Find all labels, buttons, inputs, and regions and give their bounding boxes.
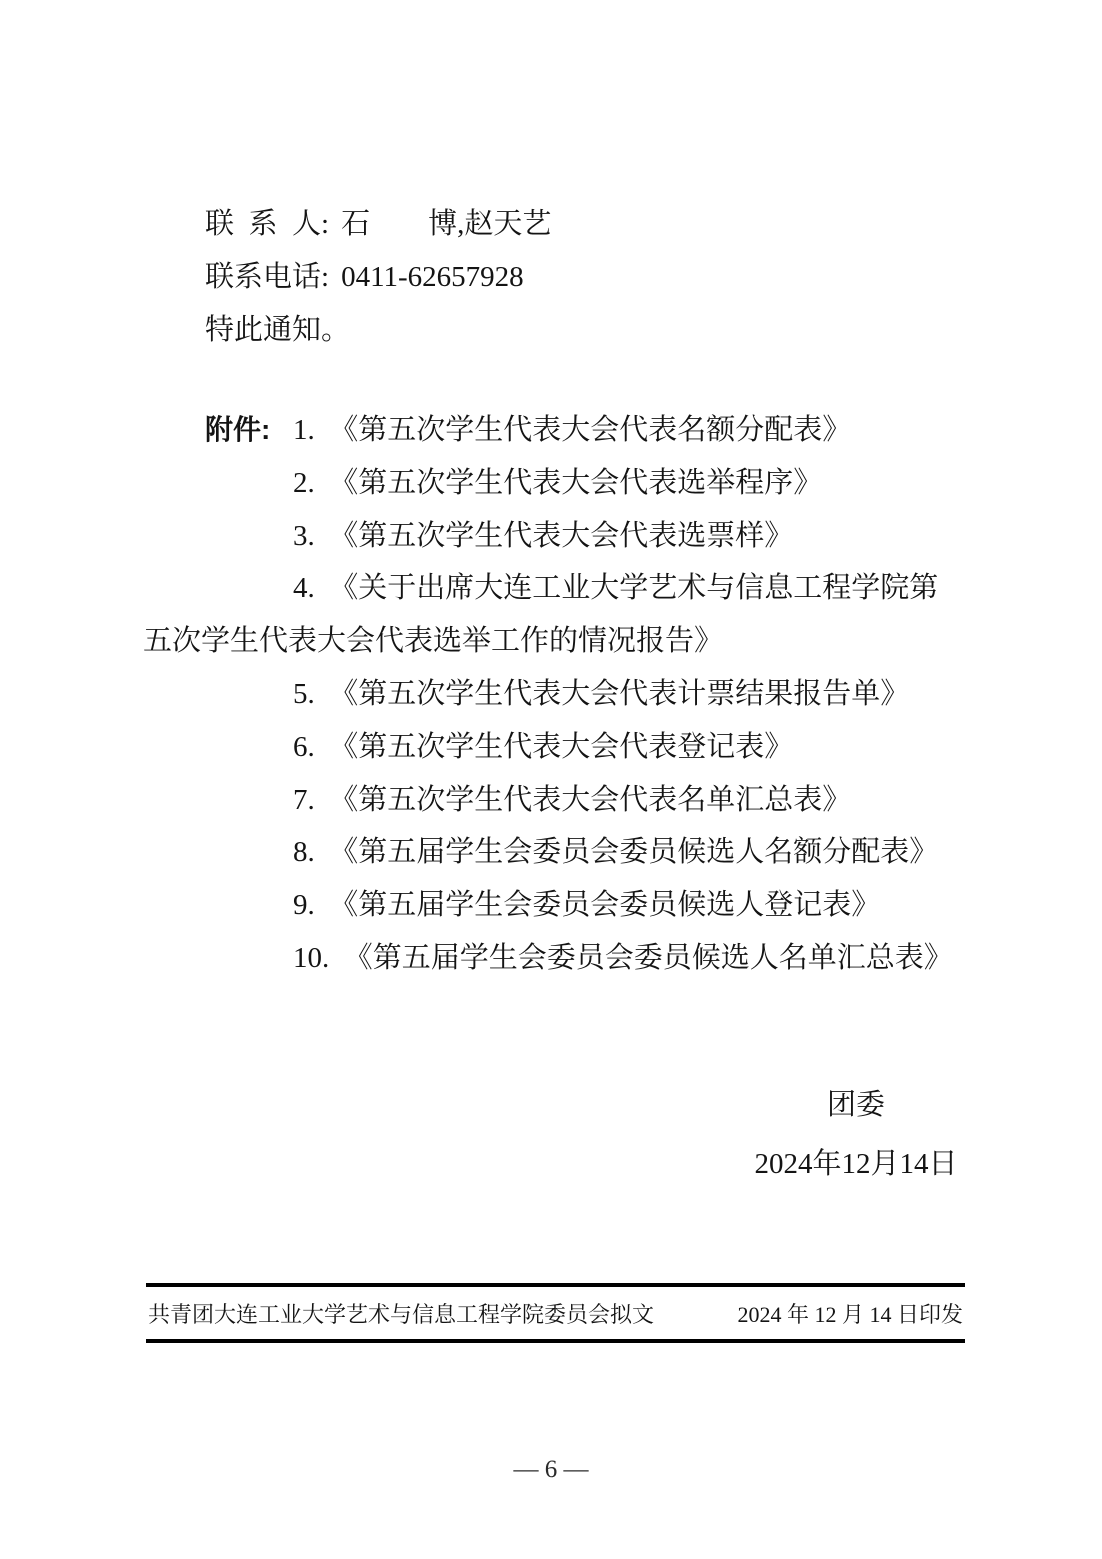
attachments-label: 附件: <box>205 404 293 457</box>
attachments-list: 附件:1. 《第五次学生代表大会代表名额分配表》 2. 《第五次学生代表大会代表… <box>143 404 983 985</box>
contact-block: 联 系 人:石 博,赵天艺 联系电话:0411-62657928 特此通知。 <box>205 198 551 357</box>
notice-closing: 特此通知。 <box>205 304 551 357</box>
signature-org: 团委 <box>696 1076 1016 1135</box>
footer-rule-bottom <box>146 1339 965 1343</box>
signature-block: 团委 2024年12月14日 <box>696 1076 1016 1194</box>
footer-block: 共青团大连工业大学艺术与信息工程学院委员会拟文 2024 年 12 月 14 日… <box>146 1283 965 1343</box>
attachment-item-text: 1. 《第五次学生代表大会代表名额分配表》 <box>293 414 851 446</box>
footer-drafting-org: 共青团大连工业大学艺术与信息工程学院委员会拟文 <box>148 1298 654 1329</box>
signature-date: 2024年12月14日 <box>696 1135 1016 1194</box>
attachment-item: 附件:1. 《第五次学生代表大会代表名额分配表》 <box>143 404 983 457</box>
contact-phone-label: 联系电话: <box>205 261 329 293</box>
attachment-item-continuation: 五次学生代表大会代表选举工作的情况报告》 <box>143 615 983 668</box>
footer-print-date: 2024 年 12 月 14 日印发 <box>737 1298 963 1329</box>
attachment-item: 4. 《关于出席大连工业大学艺术与信息工程学院第 <box>143 562 983 615</box>
attachment-item: 3. 《第五次学生代表大会代表选票样》 <box>143 510 983 563</box>
attachment-item: 7. 《第五次学生代表大会代表名单汇总表》 <box>143 774 983 827</box>
contact-phone-value: 0411-62657928 <box>341 261 524 293</box>
footer-text-row: 共青团大连工业大学艺术与信息工程学院委员会拟文 2024 年 12 月 14 日… <box>146 1287 965 1339</box>
attachment-item: 6. 《第五次学生代表大会代表登记表》 <box>143 721 983 774</box>
contact-person-value: 石 博,赵天艺 <box>341 208 551 240</box>
attachment-item: 8. 《第五届学生会委员会委员候选人名额分配表》 <box>143 826 983 879</box>
page-number: — 6 — <box>0 1456 1102 1484</box>
contact-person-label: 联 系 人: <box>205 208 329 240</box>
contact-phone-line: 联系电话:0411-62657928 <box>205 251 551 304</box>
attachment-item: 10. 《第五届学生会委员会委员候选人名单汇总表》 <box>143 932 983 985</box>
attachment-item: 9. 《第五届学生会委员会委员候选人登记表》 <box>143 879 983 932</box>
document-page: 联 系 人:石 博,赵天艺 联系电话:0411-62657928 特此通知。 附… <box>0 0 1102 1559</box>
contact-person-line: 联 系 人:石 博,赵天艺 <box>205 198 551 251</box>
attachment-item: 5. 《第五次学生代表大会代表计票结果报告单》 <box>143 668 983 721</box>
attachment-item: 2. 《第五次学生代表大会代表选举程序》 <box>143 457 983 510</box>
